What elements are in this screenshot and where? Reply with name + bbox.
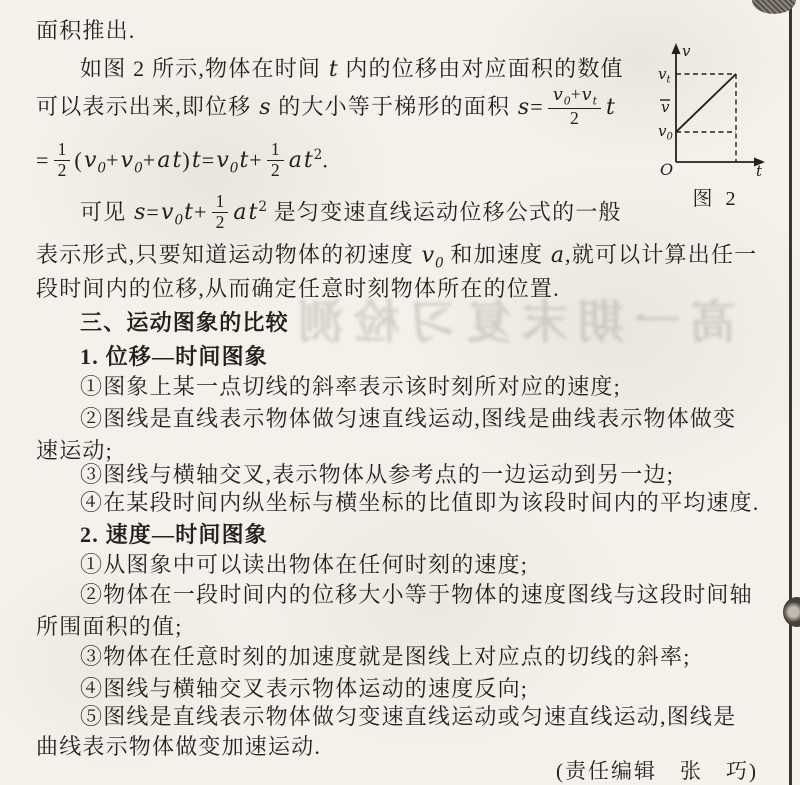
text: 段时间内的位移,从而确定任意时刻物体所在的位置. [36,276,560,301]
math-var-t: t [328,57,339,82]
math-var-v: v [83,148,97,173]
v-axis-arrow [672,43,681,54]
text: ⑤图线是直线表示物体做匀变速直线运动或匀速直线运动,图线是 [80,704,736,729]
math-period: . [322,147,329,172]
body-text-line: 如图 2 所示,物体在时间 t 内的位移由对应面积的数值 [80,54,624,85]
list-item: ⑤图线是直线表示物体做匀变速直线运动或匀速直线运动,图线是 [80,702,736,732]
v-axis-label: v [682,42,691,60]
math-sub-t: t [593,95,597,108]
body-text-line: 表示形式,只要知道运动物体的初速度 v0 和加速度 a,就可以计算出任一 [36,240,757,278]
math-eq: = [202,147,216,172]
formula-line-expansion: =12(v0+v0+at)t=v0t+12at2. [36,132,329,192]
list-item: ①图象上某一点切线的斜率表示该时刻所对应的速度; [80,372,621,402]
vt-graph: v t O vt v v0 [656,40,776,178]
origin-label: O [660,160,673,178]
text: ①图象上某一点切线的斜率表示该时刻所对应的速度; [80,374,621,399]
math-var-t: t [183,200,194,225]
math-var-t: t [172,148,183,173]
fraction-denominator: 2 [548,109,601,129]
math-eq: = [146,199,160,224]
editor-credit: (责任编辑 张 巧) [556,756,758,785]
fraction: 12 [267,140,284,180]
text: 和加速度 [444,242,550,267]
math-eq: = [530,94,544,119]
math-var-t: t [191,148,202,173]
text: 的大小等于梯形的面积 [272,94,517,119]
fraction: 12 [54,140,71,180]
text: 是匀变速直线运动位移公式的一般 [267,199,622,224]
body-text-line: 段时间内的位移,从而确定任意时刻物体所在的位置. [36,274,560,304]
section-heading: 三、运动图象的比较 [80,308,289,338]
math-plus: + [249,147,263,172]
fraction: v0+vt2 [548,85,601,128]
math-var-v: v [215,148,229,173]
math-var-s: s [258,95,271,120]
math-eq: = [36,147,50,172]
text: (责任编辑 张 巧) [556,759,758,783]
fraction-denominator: 2 [212,213,229,233]
vt-tick-label: vt [658,65,671,86]
math-sub-0: 0 [97,161,106,177]
list-item: ②图线是直线表示物体做匀速直线运动,图线是曲线表示物体做变 [80,404,736,434]
math-plus: + [143,147,157,172]
heading-text: 三、运动图象的比较 [80,310,289,335]
math-sub-0: 0 [174,213,183,229]
formula-line-trapezoid: 可以表示出来,即位移 s 的大小等于梯形的面积 s=v0+vt2t [36,84,616,131]
fraction-numerator: v0+vt [548,85,601,109]
math-plus: + [571,84,581,104]
math-var-v: v [421,243,435,268]
text: 曲线表示物体做变加速运动. [36,734,321,759]
body-text-line: 面积推出. [36,16,136,46]
v0-tick-label: v0 [658,122,673,143]
list-item: ④在某段时间内纵坐标与横坐标的比值即为该段时间内的平均速度. [80,488,760,518]
math-sub-0: 0 [564,95,571,108]
math-plus: + [106,147,120,172]
math-sub-0: 0 [134,161,143,177]
text: 可见 [80,199,133,224]
fraction-denominator: 2 [54,161,71,181]
text: ①从图象中可以读出物体在任何时刻的速度; [80,552,528,577]
fraction-numerator: 1 [267,140,284,161]
math-sub-0: 0 [435,255,444,271]
math-var-a: a [550,243,565,268]
math-var-v: v [160,200,174,225]
math-sup-2: 2 [258,199,267,215]
scanned-textbook-page: 高一期末复习检测 面积推出. 如图 2 所示,物体在时间 t 内的位移由对应面积… [0,0,800,785]
text: ③物体在任意时刻的加速度就是图线上对应点的切线的斜率; [80,644,691,669]
text: 所围面积的值; [36,614,183,639]
figure-caption: 图 2 [656,182,776,211]
figure-2-velocity-time-graph: v t O vt v v0 图 2 [656,40,776,211]
text: ④图线与横轴交叉表示物体运动的速度反向; [80,676,528,701]
math-paren: ( [74,147,83,172]
t-axis-label: t [756,162,763,178]
list-item: ①从图象中可以读出物体在任何时刻的速度; [80,550,528,580]
list-item: ②物体在一段时间内的位移大小等于物体的速度图线与这段时间轴 [80,580,753,610]
text: ④在某段时间内纵坐标与横坐标的比值即为该段时间内的平均速度. [80,490,760,515]
text: 可以表示出来,即位移 [36,94,258,119]
math-var-a: a [288,148,303,173]
math-var-t: t [605,95,616,120]
math-var-a: a [232,200,247,225]
text: ②物体在一段时间内的位移大小等于物体的速度图线与这段时间轴 [80,582,753,607]
math-paren: ) [182,147,191,172]
math-var-t: t [303,148,314,173]
velocity-line [676,74,736,132]
text: 表示形式,只要知道运动物体的初速度 [36,242,421,267]
fraction: 12 [212,192,229,232]
list-item-continuation: 所围面积的值; [36,612,183,642]
math-var-v: v [552,85,564,105]
fraction-numerator: 1 [54,140,71,161]
list-item-continuation: 曲线表示物体做变加速运动. [36,732,321,762]
math-var-a: a [156,148,171,173]
math-var-s: s [133,200,146,225]
math-plus: + [194,199,208,224]
math-var-s: s [517,95,530,120]
list-item: ③物体在任意时刻的加速度就是图线上对应点的切线的斜率; [80,642,691,672]
heading-text: 2. 速度—时间图象 [80,522,268,547]
text: 内的位移由对应面积的数值 [339,56,624,81]
text: 面积推出. [36,18,136,43]
math-var-t: t [248,200,259,225]
scan-artifact-edge [783,597,800,627]
fraction-numerator: 1 [212,192,229,213]
math-var-v: v [120,148,134,173]
text: ,就可以计算出任一 [565,242,757,267]
text: ②图线是直线表示物体做匀速直线运动,图线是曲线表示物体做变 [80,406,736,431]
text: 如图 2 所示,物体在时间 [80,56,328,81]
math-var-t: t [238,148,249,173]
math-var-v: v [581,85,593,105]
subsection-heading-1: 1. 位移—时间图象 [80,342,268,372]
list-item: ③图线与横轴交叉,表示物体从参考点的一边运动到另一边; [80,460,674,490]
text: ③图线与横轴交叉,表示物体从参考点的一边运动到另一边; [80,462,674,487]
formula-line-conclusion: 可见 s=v0t+12at2 是匀变速直线运动位移公式的一般 [80,184,622,244]
page-edge-line [789,0,792,785]
fraction-denominator: 2 [267,161,284,181]
heading-text: 1. 位移—时间图象 [80,344,268,369]
list-item: ④图线与横轴交叉表示物体运动的速度反向; [80,674,528,704]
subsection-heading-2: 2. 速度—时间图象 [80,520,268,550]
